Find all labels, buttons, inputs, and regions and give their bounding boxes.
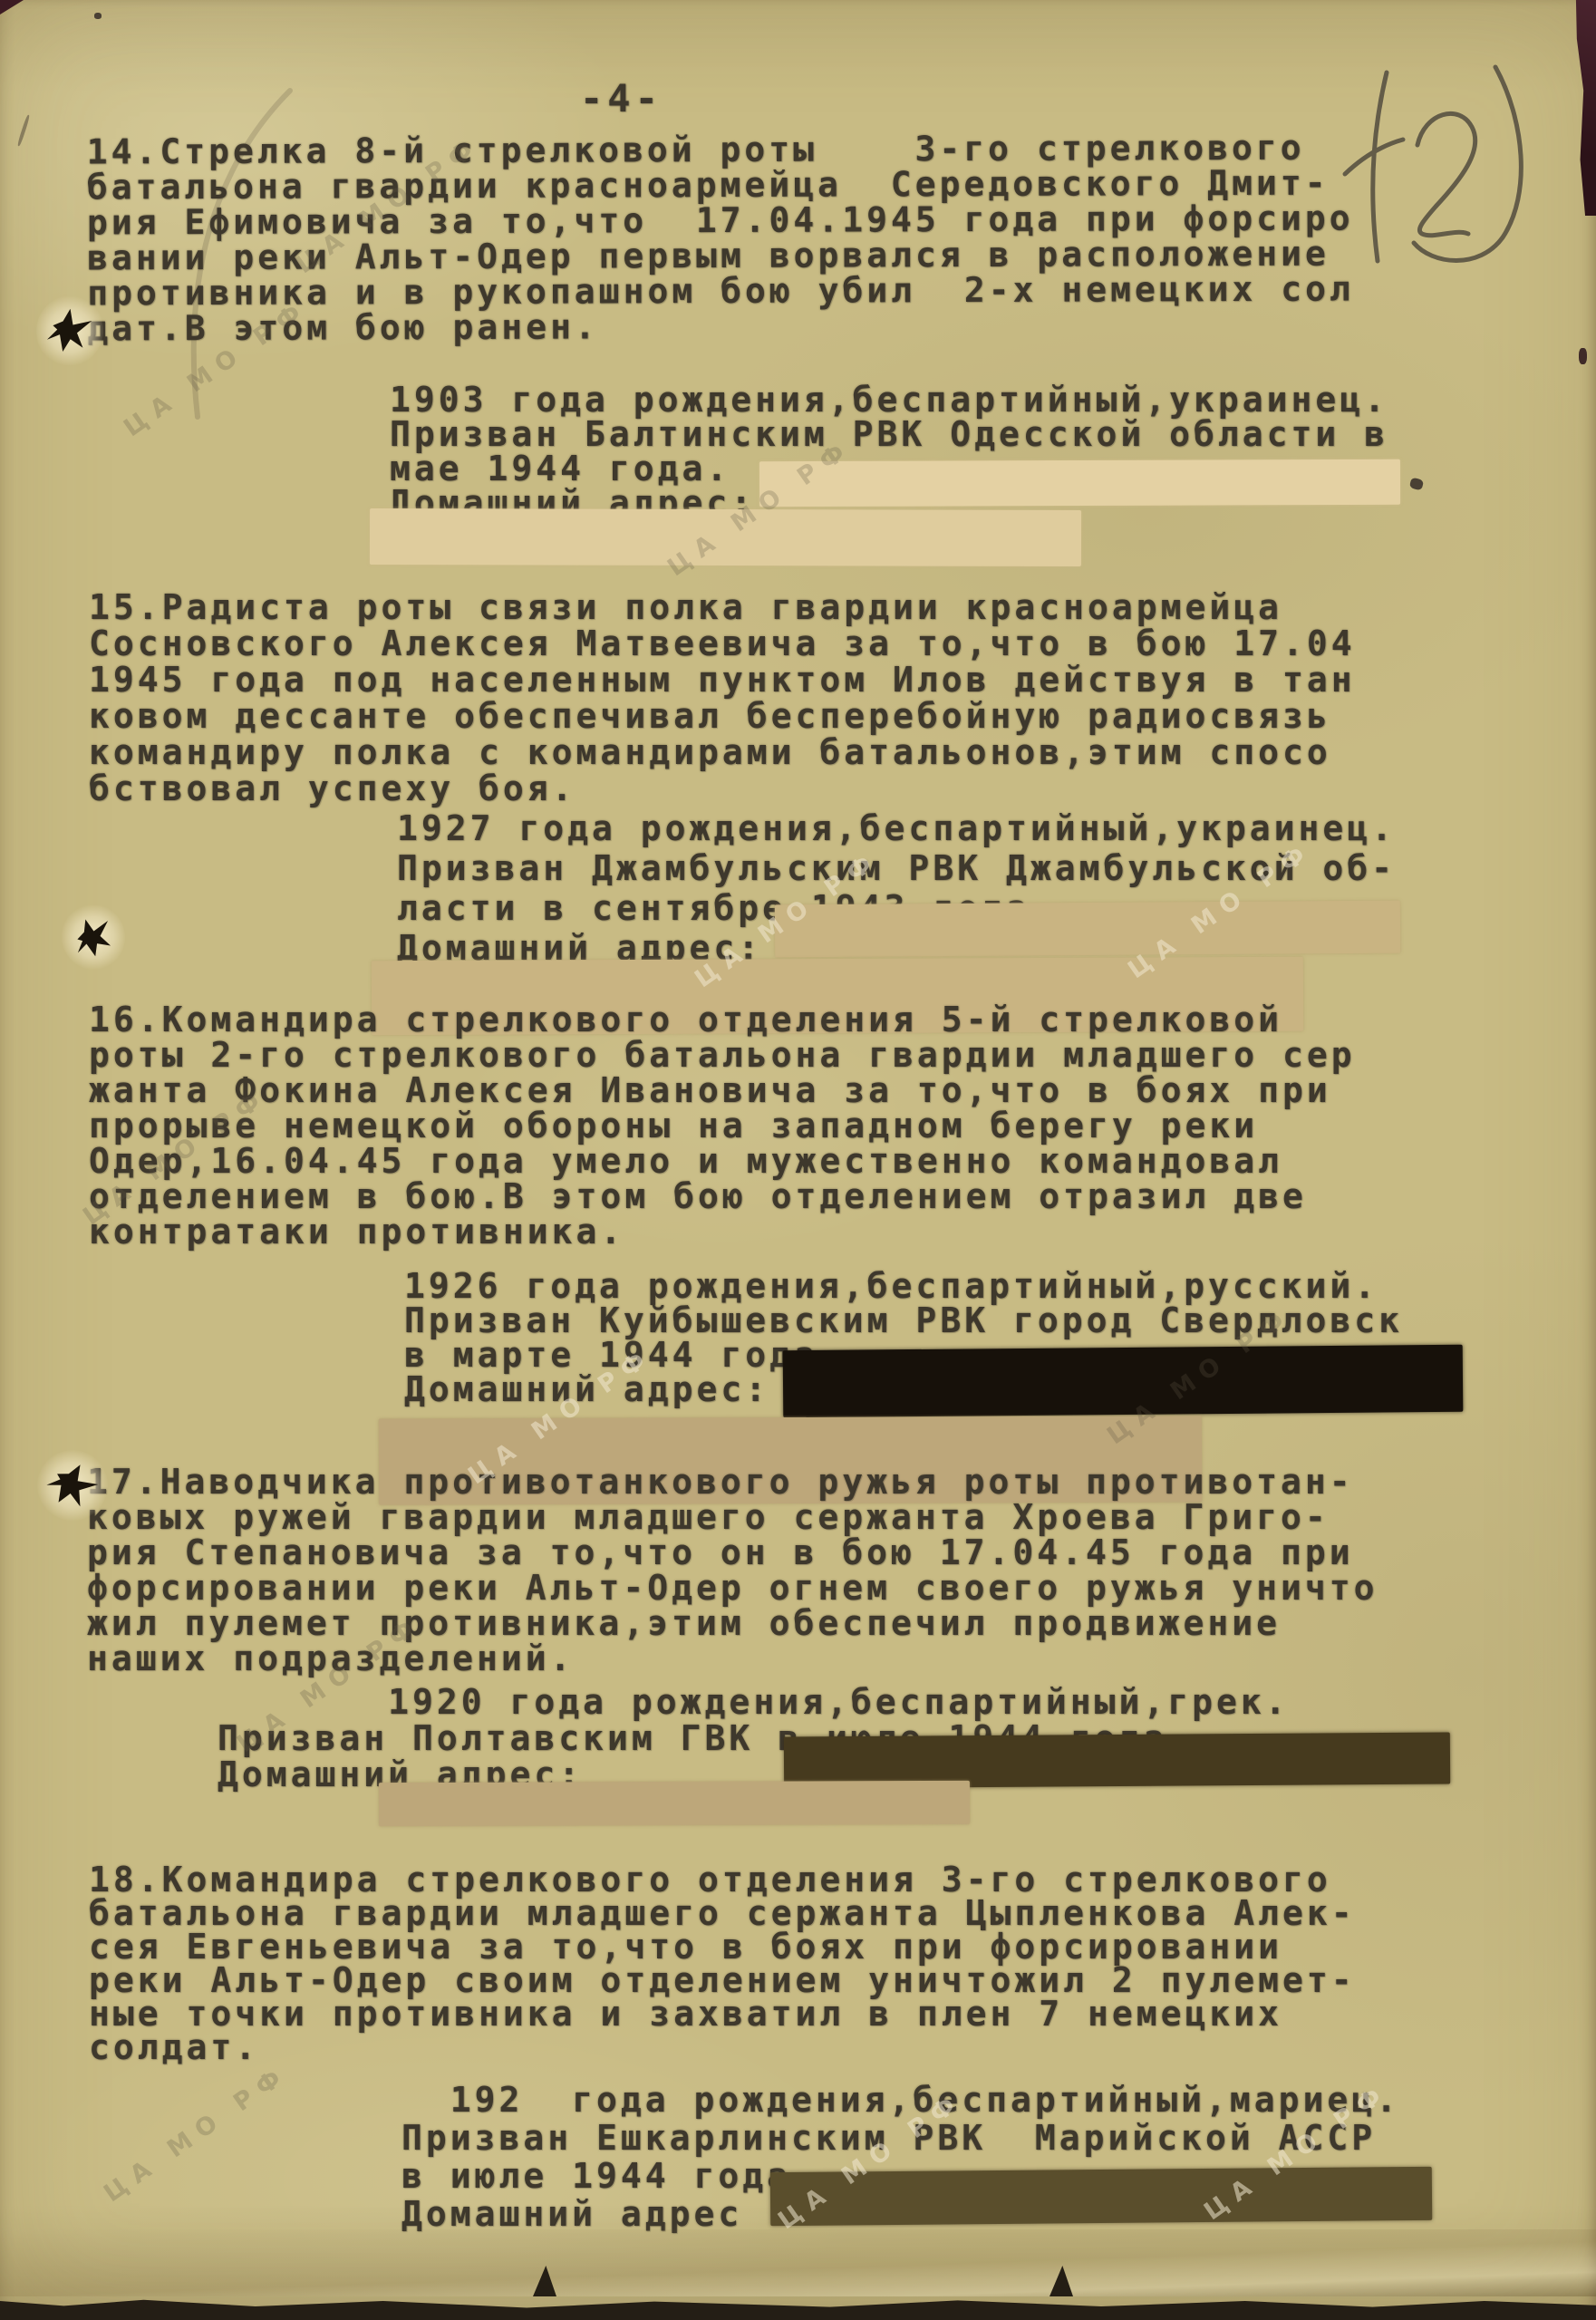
redaction-14-address-line — [759, 459, 1400, 507]
scan-edge-top-left — [0, 0, 24, 14]
redaction-18-address-line — [770, 2167, 1432, 2226]
redaction-15-address-line — [775, 901, 1400, 958]
entry-14-citation: 14.Стрелка 8-й стрелковой роты 3-го стре… — [87, 130, 1354, 347]
entry-18-citation: 18.Командира стрелкового отделения 3-го … — [89, 1863, 1356, 2064]
redaction-17-address-block — [379, 1781, 970, 1826]
punch-hole — [70, 913, 117, 961]
entry-15-citation: 15.Радиста роты связи полка гвардии крас… — [89, 589, 1356, 807]
redaction-16-address-line — [783, 1345, 1464, 1418]
punch-hole — [45, 304, 94, 356]
ink-speck — [94, 13, 102, 19]
ink-speck — [1409, 477, 1425, 490]
paper-crease — [0, 2229, 1596, 2296]
page-number: -4- — [580, 76, 663, 121]
scanned-document-page: -4- 14.Стрелка 8-й стрелковой роты 3-го … — [0, 0, 1596, 2320]
redaction-14-address-block — [370, 508, 1081, 566]
punch-hole — [42, 1455, 103, 1516]
edge-mark — [17, 114, 31, 146]
entry-17-citation: 17.Наводчика противотанкового ружья роты… — [87, 1464, 1378, 1677]
scan-edge-bottom — [0, 2293, 1596, 2320]
edge-mark — [1579, 348, 1587, 364]
entry-16-citation: 16.Командира стрелкового отделения 5-й с… — [89, 1002, 1356, 1250]
archive-watermark: ЦА МО РФ — [99, 2059, 294, 2208]
